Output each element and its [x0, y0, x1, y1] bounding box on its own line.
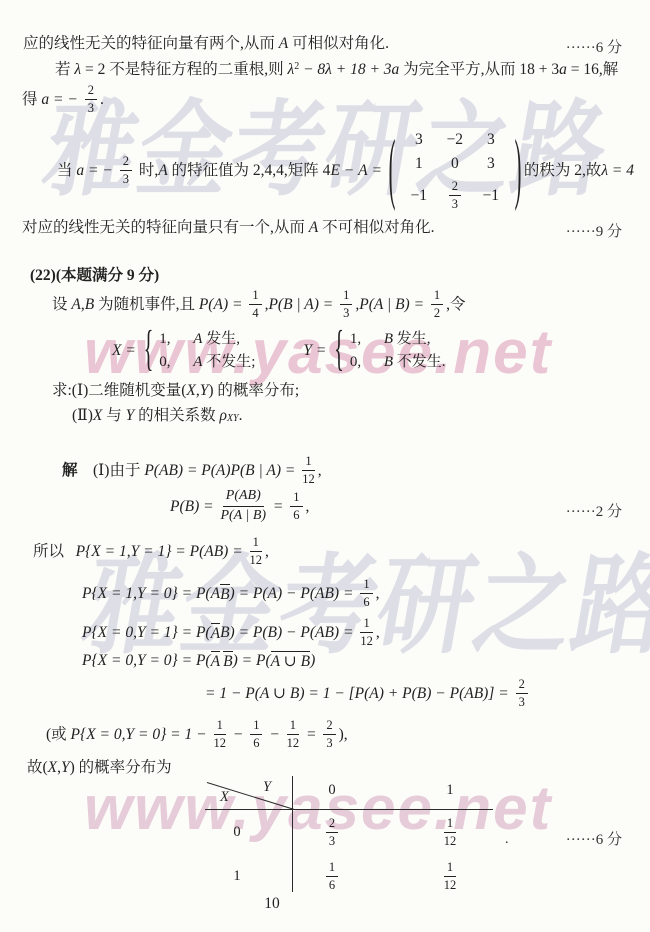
- fraction-denominator: 12: [444, 877, 457, 893]
- math-run: A: [358, 161, 367, 180]
- fraction: 112: [360, 616, 373, 649]
- text-run: 发生,: [202, 330, 240, 349]
- math-run: P(B) =: [170, 497, 217, 516]
- fraction: P(AB)P(A | B): [220, 488, 266, 525]
- problem-22-heading: (22)(本题满分 9 分): [30, 266, 159, 285]
- fraction: 16: [360, 577, 372, 610]
- case-row: 1,B 发生,: [350, 330, 446, 349]
- fraction: 14: [249, 288, 261, 321]
- a-value-line: 得 a = − 23.: [22, 83, 104, 116]
- math-run: =: [368, 161, 386, 180]
- fraction-denominator: 6: [253, 735, 259, 751]
- diagonal-label-y: Y: [263, 779, 271, 796]
- text-run: 故(: [27, 758, 48, 777]
- page-number: 10: [250, 895, 294, 913]
- overline-math: A ∪ B: [271, 651, 310, 670]
- overline-math: A: [211, 651, 220, 670]
- table-cell: 23: [317, 816, 347, 849]
- math-run: ,P(B | A) =: [265, 295, 338, 314]
- case-value: 1,: [350, 330, 384, 349]
- fraction-denominator: 12: [302, 471, 315, 487]
- fraction: 13: [340, 288, 352, 321]
- matrix-left-paren: (: [388, 131, 395, 210]
- math-run: P{X = 0,Y = 0} = P(: [82, 651, 211, 670]
- math-run: λ: [74, 60, 81, 79]
- case-value: 0,: [350, 353, 384, 372]
- joint-prob-11-line: 所以 P{X = 1,Y = 1} = P(AB) = 112,: [33, 535, 269, 568]
- text-run: (Ⅰ)由于: [78, 461, 145, 480]
- text-run: 不发生;: [202, 353, 255, 372]
- row-header: 0: [229, 824, 245, 841]
- table-cell: 112: [435, 860, 465, 893]
- fraction: 12: [431, 288, 443, 321]
- matrix-cell: 3: [487, 154, 495, 173]
- text-run: (或: [46, 725, 71, 744]
- left-brace-icon: {: [144, 320, 154, 383]
- math-run: A,B: [71, 295, 94, 314]
- math-run: = 4: [608, 161, 634, 180]
- math-run: a = −: [76, 161, 116, 180]
- math-run: B) = P(B) − P(AB) =: [220, 623, 357, 642]
- fraction-numerator: 1: [431, 288, 443, 305]
- score-mark: ······2 分: [566, 500, 622, 521]
- case-row: 1,A 发生,: [159, 330, 255, 349]
- fraction-numerator: 1: [250, 535, 262, 552]
- fraction: 112: [250, 535, 263, 568]
- fraction: 112: [213, 718, 226, 751]
- math-run: P{X = 1,Y = 1} = P(AB) =: [76, 542, 247, 561]
- text-run: 若: [55, 60, 74, 79]
- fraction-numerator: 2: [516, 677, 528, 694]
- math-run: −: [265, 725, 283, 744]
- row-header: 1: [229, 868, 245, 885]
- case-value: 1,: [159, 330, 193, 349]
- fraction-numerator: 1: [444, 860, 456, 877]
- matrix-cell: −1: [411, 186, 428, 205]
- text-run: 不发生.: [393, 353, 446, 372]
- math-run: a = −: [41, 90, 81, 109]
- table-rule: [205, 809, 493, 810]
- matrix-cell: −1: [483, 186, 500, 205]
- alternative-computation-line: (或 P{X = 0,Y = 0} = 1 − 112 − 16 − 112 =…: [46, 718, 348, 751]
- math-run: E: [330, 161, 339, 180]
- fraction-numerator: 2: [326, 816, 338, 833]
- matrix-cell: 3: [487, 130, 495, 149]
- math-run: Y: [61, 758, 70, 777]
- overline-math: B: [220, 584, 229, 603]
- not-diagonalizable-line: 对应的线性无关的特征向量只有一个,从而 A 不可相似对角化.: [22, 218, 435, 237]
- fraction-denominator: 3: [519, 694, 525, 710]
- piecewise-definitions: X = {1,A 发生,0,A 不发生;Y = {1,B 发生,0,B 不发生.: [112, 330, 446, 372]
- diagonalizable-conclusion-line: 应的线性无关的特征向量有两个,从而 A 可相似对角化.: [23, 34, 389, 53]
- overline-math: B: [223, 651, 232, 670]
- math-run: =: [302, 725, 320, 744]
- math-run: P{X = 0,Y = 0} = 1 −: [71, 725, 211, 744]
- fraction: 23: [516, 677, 528, 710]
- fraction: 112: [287, 718, 300, 751]
- table-rule: [292, 776, 293, 892]
- table-cell-fraction: 112: [444, 860, 457, 893]
- fraction: 23: [323, 718, 335, 751]
- fraction-numerator: 1: [326, 860, 338, 877]
- text-run: ) 的概率分布为: [70, 758, 172, 777]
- fraction-denominator: 3: [326, 735, 332, 751]
- overline-math: A: [211, 623, 220, 642]
- math-run: X =: [112, 341, 140, 360]
- fraction-numerator: 1: [249, 288, 261, 305]
- fraction-denominator: 6: [329, 877, 335, 893]
- case-row: 0,A 不发生;: [159, 353, 255, 372]
- case-rows: 1,A 发生,0,A 不发生;: [159, 330, 255, 372]
- text-run: ,: [265, 542, 269, 561]
- fraction-denominator: 6: [293, 507, 299, 523]
- column-header: 1: [435, 782, 465, 799]
- fraction-numerator: 1: [360, 616, 372, 633]
- text-run: 的特征值为 2,4,4,矩阵 4: [168, 161, 331, 180]
- fraction-numerator: P(AB): [223, 488, 264, 507]
- math-run: −: [340, 161, 358, 180]
- text-run: ,: [318, 461, 322, 480]
- fraction-numerator: 1: [340, 288, 352, 305]
- math-run: A: [193, 330, 202, 349]
- math-run: a: [559, 60, 567, 79]
- text-run: 设: [52, 295, 71, 314]
- text-run: 的相关系数: [134, 406, 219, 425]
- math-run: ) = P(: [233, 651, 271, 670]
- fraction-numerator: 2: [120, 154, 132, 171]
- question-part1-line: 求:(Ⅰ)二维随机变量(X,Y) 的概率分布;: [52, 381, 299, 400]
- fraction-denominator: 2: [434, 305, 440, 321]
- text-run: 可相似对角化.: [288, 34, 389, 53]
- text-run: 当: [57, 161, 76, 180]
- fraction-denominator: 12: [287, 735, 300, 751]
- bold-text-run: (22)(本题满分 9 分): [30, 266, 159, 285]
- math-run: P(AB) = P(A)P(B | A) =: [144, 461, 299, 480]
- text-run: ) 的概率分布;: [208, 381, 299, 400]
- text-run: (Ⅱ): [72, 406, 93, 425]
- joint-prob-00-continued-line: = 1 − P(A ∪ B) = 1 − [P(A) + P(B) − P(AB…: [205, 677, 531, 710]
- math-run: λ: [601, 161, 608, 180]
- score-mark: ······9 分: [566, 220, 622, 241]
- fraction-numerator: 2: [323, 718, 335, 735]
- fraction-numerator: 2: [85, 83, 97, 100]
- fraction-denominator: 12: [213, 735, 226, 751]
- math-run: Y: [126, 406, 135, 425]
- table-cell: 16: [317, 860, 347, 893]
- text-run: ,: [376, 584, 380, 603]
- joint-prob-01-line: P{X = 0,Y = 1} = P(AB) = P(B) − P(AB) = …: [82, 616, 380, 649]
- case-rows: 1,B 发生,0,B 不发生.: [350, 330, 446, 372]
- fraction-numerator: 1: [360, 577, 372, 594]
- fraction-denominator: 6: [363, 594, 369, 610]
- text-run: 不可相似对角化.: [318, 218, 434, 237]
- text-run: 的秩为 2,故: [524, 161, 602, 180]
- fraction: 112: [302, 454, 315, 487]
- math-run: ) = P(A) − P(AB) =: [230, 584, 358, 603]
- math-run: λ: [287, 60, 294, 79]
- fraction-numerator: 1: [287, 718, 299, 735]
- math-run: − 8λ + 18 + 3a: [299, 60, 403, 79]
- fraction-numerator: 1: [290, 490, 302, 507]
- math-run: ): [310, 651, 315, 670]
- text-run: 为完全平方,从而 18 + 3: [403, 60, 559, 79]
- math-run: Y: [200, 381, 209, 400]
- fraction-numerator: 1: [250, 718, 262, 735]
- text-run: 得: [22, 90, 41, 109]
- fraction-denominator: 12: [360, 633, 373, 649]
- content-layer: 应的线性无关的特征向量有两个,从而 A 可相似对角化.······6 分若 λ …: [0, 0, 650, 932]
- math-run: Y =: [303, 341, 330, 360]
- fraction-denominator: 3: [123, 171, 129, 187]
- probability-table: YX01023112116112.: [205, 776, 535, 898]
- fraction-denominator: 12: [250, 552, 263, 568]
- math-run: X: [186, 381, 195, 400]
- document-page: 雅金考研之路www.yasee.net雅金考研之路www.yasee.net 应…: [0, 0, 650, 932]
- text-run: .: [239, 406, 243, 425]
- math-run: A: [158, 161, 167, 180]
- table-cell-fraction: 23: [326, 816, 338, 849]
- fraction: 23: [120, 154, 132, 187]
- text-run: 所以: [33, 542, 76, 561]
- joint-prob-00-line: P{X = 0,Y = 0} = P(A B) = P(A ∪ B): [82, 651, 315, 670]
- matrix-rank-line: 当 a = − 23 时,A 的特征值为 2,4,4,矩阵 4E − A = (…: [57, 130, 634, 212]
- matrix-cell: 3: [415, 130, 423, 149]
- text-run: 求:(Ⅰ)二维随机变量(: [52, 381, 186, 400]
- text-run: 发生,: [393, 330, 431, 349]
- text-run: = 2 不是特征方程的二重根,则: [81, 60, 287, 79]
- fraction: 16: [290, 490, 302, 523]
- text-run: ,: [376, 623, 380, 642]
- fraction-denominator: P(A | B): [220, 507, 266, 525]
- text-run: = 16,解: [567, 60, 618, 79]
- solution-pb-line: P(B) = P(AB)P(A | B) = 16,: [170, 488, 309, 525]
- text-run: ,: [306, 497, 310, 516]
- text-run: ),: [339, 725, 348, 744]
- matrix-cells: 3−23103−123−1: [401, 130, 509, 212]
- period-mark: .: [505, 832, 509, 848]
- double-root-condition-line: 若 λ = 2 不是特征方程的二重根,则 λ2 − 8λ + 18 + 3a 为…: [55, 60, 618, 79]
- fraction-numerator: 1: [214, 718, 226, 735]
- text-run: 与: [102, 406, 125, 425]
- text-run: 应的线性无关的特征向量有两个,从而: [23, 34, 279, 53]
- fraction: 23: [85, 83, 97, 116]
- subscript: XY: [227, 413, 239, 426]
- diagonal-label-x: X: [220, 789, 229, 806]
- fraction-denominator: 3: [329, 833, 335, 849]
- table-cell: 112: [435, 816, 465, 849]
- fraction-denominator: 3: [88, 100, 94, 116]
- fraction-denominator: 4: [252, 305, 258, 321]
- math-run: ρ: [219, 406, 226, 425]
- solution-pab-line: 解 (Ⅰ)由于 P(AB) = P(A)P(B | A) = 112,: [62, 454, 322, 487]
- case-value: 0,: [159, 353, 193, 372]
- case-row: 0,B 不发生.: [350, 353, 446, 372]
- math-run: A: [193, 353, 202, 372]
- matrix: (3−23103−123−1): [388, 130, 522, 212]
- piecewise-case: X = {1,A 发生,0,A 不发生;: [112, 330, 255, 372]
- text-run: 对应的线性无关的特征向量只有一个,从而: [22, 218, 309, 237]
- text-run: .: [100, 90, 104, 109]
- text-run: 为随机事件,且: [94, 295, 199, 314]
- piecewise-case: Y = {1,B 发生,0,B 不发生.: [303, 330, 445, 372]
- math-run: X: [93, 406, 102, 425]
- fraction-denominator: 12: [444, 833, 457, 849]
- math-run: ,P(A | B) =: [355, 295, 428, 314]
- math-run: A: [279, 34, 288, 53]
- math-run: A: [309, 218, 318, 237]
- math-run: −: [229, 725, 247, 744]
- fraction-denominator: 3: [343, 305, 349, 321]
- matrix-cell: 1: [415, 154, 423, 173]
- text-run: ,令: [446, 295, 465, 314]
- fraction-numerator: 1: [444, 816, 456, 833]
- math-run: P(A) =: [199, 295, 246, 314]
- matrix-cell: −2: [447, 130, 464, 149]
- bold-text-run: 解: [62, 461, 78, 480]
- distribution-intro-line: 故(X,Y) 的概率分布为: [27, 758, 172, 777]
- math-run: P{X = 0,Y = 1} = P(: [82, 623, 211, 642]
- fraction: 16: [250, 718, 262, 751]
- score-mark: ······6 分: [566, 828, 622, 849]
- problem-22-given-line: 设 A,B 为随机事件,且 P(A) = 14,P(B | A) = 13,P(…: [52, 288, 466, 321]
- fraction-numerator: 1: [302, 454, 314, 471]
- text-run: 时,: [135, 161, 158, 180]
- question-part2-line: (Ⅱ)X 与 Y 的相关系数 ρXY.: [72, 406, 242, 425]
- math-run: =: [269, 497, 287, 516]
- fraction-denominator: 3: [452, 196, 458, 212]
- fraction-numerator: 2: [449, 179, 461, 196]
- table-cell-fraction: 112: [444, 816, 457, 849]
- joint-prob-10-line: P{X = 1,Y = 0} = P(AB) = P(A) − P(AB) = …: [82, 577, 379, 610]
- math-run: X: [48, 758, 57, 777]
- math-run: B: [384, 353, 393, 372]
- math-run: B: [384, 330, 393, 349]
- score-mark: ······6 分: [566, 36, 622, 57]
- math-run: P{X = 1,Y = 0} = P(A: [82, 584, 220, 603]
- matrix-cell: 0: [451, 154, 459, 173]
- matrix-cell: 23: [449, 179, 461, 212]
- left-brace-icon: {: [334, 320, 344, 383]
- column-header: 0: [317, 782, 347, 799]
- table-cell-fraction: 16: [326, 860, 338, 893]
- matrix-right-paren: ): [514, 131, 521, 210]
- math-run: = 1 − P(A ∪ B) = 1 − [P(A) + P(B) − P(AB…: [205, 684, 513, 703]
